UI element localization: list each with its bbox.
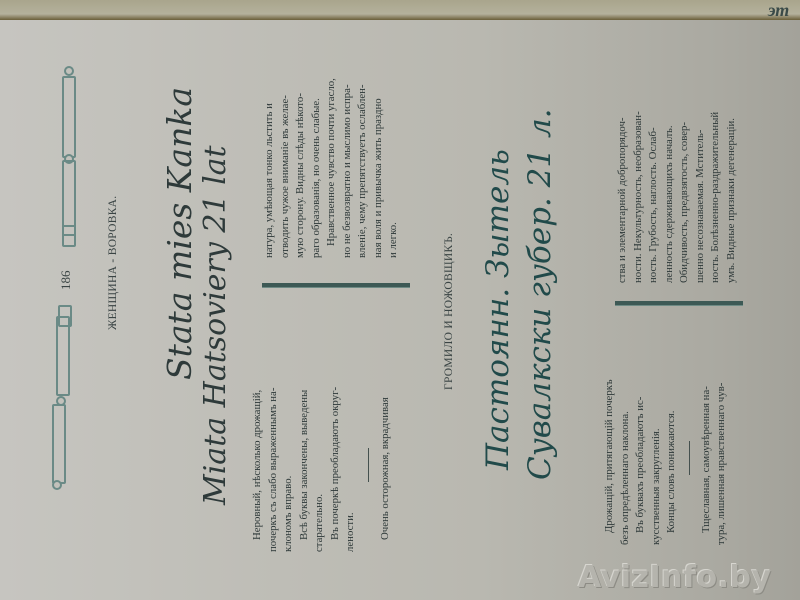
- s2-left-p3-l1: Концы словъ понижаются.: [664, 345, 680, 545]
- s2-left-after-dash-l2: тура, лишенная нравственнаго чув-: [714, 345, 730, 545]
- s2-left-p1-l1: Дрожащій, притягающій почеркъ: [602, 345, 618, 545]
- s2-right-line: ность. Болѣзненно-раздражительный: [708, 73, 724, 283]
- s2-left-p2-l2: кусственныя закругленія.: [649, 345, 665, 545]
- watermark: AvizInfo.by: [578, 560, 772, 595]
- section-2-left-column: Дрожащій, притягающій почеркъ безъ опред…: [602, 345, 730, 545]
- s1-right-line: раго образованія, но очень слабые.: [309, 48, 325, 258]
- s1-left-p3-l1: Въ почеркѣ преобладаютъ округ-: [328, 352, 344, 552]
- s1-right-line: ная воля и привычка жить праздно: [371, 48, 387, 258]
- s1-left-after-dash: Очень осторожная, вкрадчивая: [378, 352, 394, 552]
- s1-left-p2-l1: Всѣ буквы закончены, выведены: [297, 352, 313, 552]
- ornament-knot-top: [64, 66, 74, 76]
- handwriting-sample-2-line-2: Сувалкски губер. 21 л.: [522, 108, 558, 480]
- s1-left-p1-l3: клономъ вправо.: [281, 352, 297, 552]
- section-2-heading: ГРОМИЛО И НОЖОВЩИКЪ.: [443, 233, 455, 390]
- s1-left-p1-l1: Неровный, нѣсколько дрожащій,: [250, 352, 266, 552]
- section-1-column-rule: [262, 283, 410, 287]
- handwriting-sample-2-line-1: Пастоянн. Зытель: [480, 149, 516, 470]
- s1-left-p2-l2: старательно.: [312, 352, 328, 552]
- handwriting-sample-1-line-2: Miata Hatsoviery 21 lat: [198, 145, 233, 505]
- s1-right-line: Нравственное чувство почти угасло,: [324, 48, 340, 258]
- s1-right-line: но не безвозвратно и мыслимо испра-: [340, 48, 356, 258]
- s2-right-line: ность. Грубость, наглость. Ослаб-: [646, 73, 662, 283]
- s2-right-line: умъ. Видные признаки дегенераціи.: [724, 73, 740, 283]
- s2-left-after-dash-l1: Тщеславная, самоувѣренная на-: [699, 345, 715, 545]
- s2-left-p1-l2: безъ опредѣленнаго наклона.: [618, 345, 634, 545]
- running-head: ЖЕНЩИНА - ВОРОВКА.: [107, 196, 119, 330]
- s1-left-p1-l2: почеркъ съ слабо выраженнымъ на-: [266, 352, 282, 552]
- s2-left-p2-l1: Въ буквахъ преобладаютъ ис-: [633, 345, 649, 545]
- ornament-bar-top: [62, 76, 76, 158]
- s2-right-line: ленность сдерживающихъ началъ.: [662, 73, 678, 283]
- handwriting-sample-1-line-1: Stata mies Kanka: [160, 87, 199, 380]
- s1-right-line: отводить чужое вниманіе въ желае-: [278, 48, 294, 258]
- section-2-dash-divider: [689, 441, 690, 475]
- s1-right-line: натура, умѣющая тонко льстить и: [262, 48, 278, 258]
- s1-right-line: вленіе, чему препятствуетъ ослаблен-: [355, 48, 371, 258]
- ornament-bar-lower: [56, 316, 70, 396]
- section-1-dash-divider: [368, 448, 369, 482]
- s2-right-line: ности. Некультурность, необразован-: [631, 73, 647, 283]
- s1-right-line: и легко.: [386, 48, 402, 258]
- ornament-box-upper: [62, 225, 76, 247]
- book-top-edge: эт: [0, 0, 800, 20]
- page-number: 186: [58, 271, 74, 291]
- section-2-column-rule: [615, 301, 743, 305]
- s2-right-line: ства и элементарной добропорядоч-: [615, 73, 631, 283]
- section-2-right-column: ства и элементарной добропорядоч- ности.…: [615, 73, 739, 283]
- section-1-right-column: натура, умѣющая тонко льстить и отводить…: [262, 48, 402, 258]
- s1-left-p3-l2: лености.: [343, 352, 359, 552]
- s2-right-line: шенно несознаваемая. Мститель-: [693, 73, 709, 283]
- ornament-bar-bottom: [52, 404, 66, 484]
- s2-right-line: Обидчивость, предвзятость, совер-: [677, 73, 693, 283]
- adjacent-page-fragment: эт: [768, 0, 798, 20]
- section-1-left-column: Неровный, нѣсколько дрожащій, почеркъ съ…: [250, 352, 393, 552]
- s1-right-line: мую сторону. Видны слѣды нѣкото-: [293, 48, 309, 258]
- ornament-knot-bottom: [52, 480, 62, 490]
